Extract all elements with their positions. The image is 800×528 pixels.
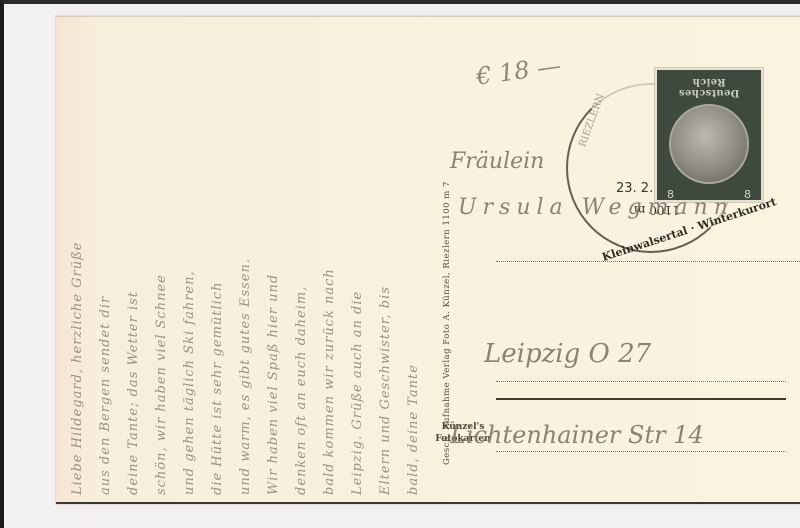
message-line: schön, wir haben viel Schnee [154, 25, 169, 495]
postmark-town: RIEZLERN [577, 92, 606, 148]
address-line-2 [496, 381, 786, 382]
center-divider: Gesch. Aufnahme Verlag Foto A. Künzel, R… [442, 25, 464, 465]
message-line: aus den Bergen sendet dir [98, 25, 113, 495]
price-note: € 18 — [474, 51, 562, 91]
message-line: Wir haben viel Spaß hier und [266, 25, 281, 495]
message-line: und gehen täglich Ski fahren, [182, 25, 197, 495]
message-line: bald, deine Tante [406, 25, 421, 495]
postage-stamp: Deutsches Reich 8 8 [657, 70, 761, 200]
address-line-4 [496, 451, 786, 452]
message-line: Eltern und Geschwister, bis [378, 25, 393, 495]
message-line: Leipzig. Grüße auch an die [350, 25, 365, 495]
handwritten-message: Liebe Hildegard, herzliche Grüßeaus den … [62, 25, 442, 495]
address-name: Ursula Wegmann [458, 195, 734, 220]
stamp-country: Deutsches Reich [663, 76, 755, 98]
publisher-imprint: Gesch. Aufnahme Verlag Foto A. Künzel, R… [442, 25, 464, 465]
message-line: Liebe Hildegard, herzliche Grüße [70, 25, 85, 495]
message-line: und warm, es gibt gutes Essen. [238, 25, 253, 495]
message-line: denken oft an euch daheim, [294, 25, 309, 495]
address-line-3 [496, 398, 786, 400]
scan-frame: Liebe Hildegard, herzliche Grüßeaus den … [0, 0, 800, 528]
message-line: deine Tante; das Wetter ist [126, 25, 141, 495]
address-salutation: Fräulein [450, 149, 544, 174]
portrait-medallion-icon [669, 104, 749, 184]
postcard: Liebe Hildegard, herzliche Grüßeaus den … [56, 16, 800, 504]
address-city: Leipzig O 27 [484, 339, 651, 369]
address-street: Lichtenhainer Str 14 [450, 421, 704, 449]
message-line: bald kommen wir zurück nach [322, 25, 337, 495]
message-line: die Hütte ist sehr gemütlich [210, 25, 225, 495]
stamp-value-right: 8 [744, 188, 751, 201]
address-line-1 [496, 261, 800, 262]
